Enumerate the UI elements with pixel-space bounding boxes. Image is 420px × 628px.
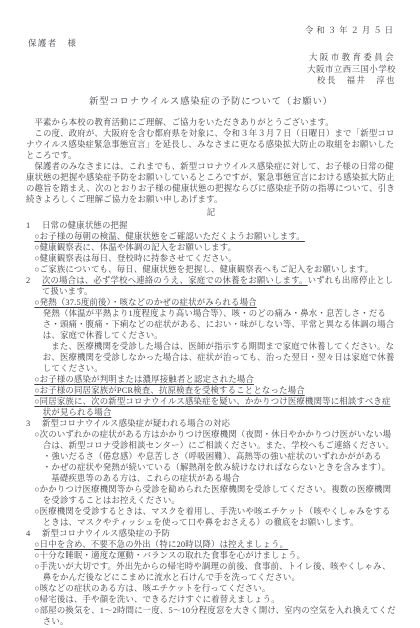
item-text: 十分な睡眠・適度な運動・バランスの取れた食事を心がけましょう。 <box>40 551 306 560</box>
list-item: ○お子様の同居家族がPCR検査、抗原検査を受検することとなった場合 <box>26 385 396 396</box>
sub-item: ・かぜの症状や発熱が続いている（解熱剤を飲み続けなければならないときを含みます）… <box>26 462 396 484</box>
item-text: お子様の毎朝の検温、健康状態をご確認いただくようお願いします。 <box>40 232 305 241</box>
record-mark: 記 <box>26 207 396 218</box>
list-item: ○同居家族に、次の新型コロナウイルス感染症を疑い、かかりつけ医療機関等に相談すべ… <box>26 396 396 418</box>
item-text: 同居家族に、次の新型コロナウイルス感染症を疑い、かかりつけ医療機関等に相談すべき… <box>40 397 391 417</box>
section-2-number: 2 <box>26 275 42 286</box>
section-3-title: 新型コロナウイルス感染症が疑われる場合の対応 <box>42 419 230 428</box>
item-text: 部屋の換気を、1～2時間に一度、5～10分程度窓を大きく開け、室内の空気を入れ換… <box>40 606 396 626</box>
list-item: ○健康観察表に、体温や体調の記入をお願いします。 <box>26 242 396 253</box>
list-item: ○帰宅後は、手や顔を洗い、できるだけすぐに着替えましょう。 <box>26 594 396 605</box>
sender-principal: 校長 福井 淳也 <box>26 75 396 87</box>
sender-block: 大阪市教育委員会 大阪市立西三国小学校 校長 福井 淳也 <box>26 52 396 87</box>
item-text: かかりつけ医療機関等から受診を勧められた医療機関を受診してください。複数の医療機… <box>40 485 392 505</box>
section-2-heading: 2次の場合は、必ず学校へ連絡のうえ、家庭での休養をお願いします。いずれも出席停止… <box>26 275 396 297</box>
item-text: 医療機関を受診するときは、マスクを着用し、手洗いや咳エチケット（咳やくしゃみをす… <box>40 507 391 527</box>
item-text: お子様の同居家族がPCR検査、抗原検査を受検することとなった場合 <box>40 386 305 395</box>
list-item: ○部屋の換気を、1～2時間に一度、5～10分程度窓を大きく開け、室内の空気を入れ… <box>26 605 396 627</box>
list-item: ○発熱（37.5度前後）・咳などのかぜの症状がみられる場合 <box>26 297 396 308</box>
item-text: 帰宅後は、手や顔を洗い、できるだけすぐに着替えましょう。 <box>40 595 280 604</box>
item-text: 健康観察表に、体温や体調の記入をお願いします。 <box>40 243 237 252</box>
section-1-number: 1 <box>26 220 42 231</box>
list-item: ○十分な睡眠・適度な運動・バランスの取れた食事を心がけましょう。 <box>26 550 396 561</box>
item-text: 発熱（37.5度前後）・咳などのかぜの症状がみられる場合 <box>40 298 257 307</box>
item-text: お子様の感染が判明または濃厚接触者と認定された場合 <box>40 375 254 384</box>
section-1-title: 日常の健康状態の把握 <box>42 221 128 230</box>
section-4-number: 4 <box>26 528 42 539</box>
recipient: 保護者 様 <box>28 38 396 49</box>
document-page: 令和３年２月５日 保護者 様 大阪市教育委員会 大阪市立西三国小学校 校長 福井… <box>0 0 420 628</box>
list-item: ○次のいずれかの症状がある方はかかりつけ医療機関（夜間・休日やかかりつけ医がいな… <box>26 429 396 451</box>
document-title: 新型コロナウイルス感染症の予防について（お願い） <box>26 96 396 107</box>
item-text: 手洗いが大切です。外出先からの帰宅時や調理の前後、食事前、トイレ後、咳やくしゃみ… <box>40 562 391 582</box>
item-body-paragraph: 発熱（体温が平熱より1度程度より高い場合等）、咳・のどの痛み・鼻水・息苦しさ・だ… <box>26 308 396 341</box>
intro-paragraph-3: 保護者のみなさまには、これまでも、新型コロナウイルス感染症に対して、お子様の日常… <box>26 161 396 205</box>
list-item: ○日中を含め、不要不急の外出（特に20時以降）は控えましょう。 <box>26 539 396 550</box>
list-item: ○かかりつけ医療機関等から受診を勧められた医療機関を受診してください。複数の医療… <box>26 484 396 506</box>
date-line: 令和３年２月５日 <box>26 25 396 36</box>
sender-org: 大阪市教育委員会 <box>26 52 396 64</box>
document-date: 令和３年２月５日 <box>305 26 396 35</box>
section-4-title: 新型コロナウイルス感染症の予防 <box>42 529 170 538</box>
sub-item-text: 強いだるさ（倦怠感）や息苦しさ（呼吸困難）、高熱等の強い症状のいずれかががある <box>51 452 381 461</box>
section-2-title-underlined: 次の場合は、必ず学校へ連絡のうえ、家庭での休養をお願いします。 <box>42 276 308 285</box>
item-text: 咳などの症状のある方は、咳エチケットを行ってください。 <box>40 584 271 593</box>
intro-paragraph-1: 平素から本校の教育活動にご理解、ご協力をいただきありがとうございます。 <box>26 117 396 128</box>
sender-school: 大阪市立西三国小学校 <box>26 64 396 76</box>
section-1-heading: 1日常の健康状態の把握 <box>26 220 396 231</box>
list-item: ○お子様の感染が判明または濃厚接触者と認定された場合 <box>26 374 396 385</box>
sub-item-text: かぜの症状や発熱が続いている（解熱剤を飲み続けなければならないときを含みます）。… <box>51 463 390 483</box>
item-text: 次のいずれかの症状がある方はかかりつけ医療機関（夜間・休日やかかりつけ医がいない… <box>40 430 394 450</box>
section-3-number: 3 <box>26 418 42 429</box>
item-text: 健康観察表は毎日、登校時に持参させてください。 <box>40 254 237 263</box>
sub-item: ・強いだるさ（倦怠感）や息苦しさ（呼吸困難）、高熱等の強い症状のいずれかががある <box>26 451 396 462</box>
list-item: ○ご家族についても、毎日、健康状態を把握し、健康観察表へもご記入をお願いします。 <box>26 264 396 275</box>
item-body-paragraph: また、医療機関を受診した場合は、医師が指示する期間まで家庭で休養してください。な… <box>26 341 396 374</box>
list-item: ○手洗いが大切です。外出先からの帰宅時や調理の前後、食事前、トイレ後、咳やくしゃ… <box>26 561 396 583</box>
section-4-heading: 4新型コロナウイルス感染症の予防 <box>26 528 396 539</box>
item-text: ご家族についても、毎日、健康状態を把握し、健康観察表へもご記入をお願いします。 <box>40 265 374 274</box>
intro-paragraph-2: この度、政府が、大阪府を含む都府県を対象に、令和３年３月７日（日曜日）まで「新型… <box>26 128 396 161</box>
list-item: ○医療機関を受診するときは、マスクを着用し、手洗いや咳エチケット（咳やくしゃみを… <box>26 506 396 528</box>
list-item: ○健康観察表は毎日、登校時に持参させてください。 <box>26 253 396 264</box>
list-item: ○お子様の毎朝の検温、健康状態をご確認いただくようお願いします。 <box>26 231 396 242</box>
item-text: 日中を含め、不要不急の外出（特に20時以降）は控えましょう。 <box>40 540 289 549</box>
section-3-heading: 3新型コロナウイルス感染症が疑われる場合の対応 <box>26 418 396 429</box>
list-item: ○咳などの症状のある方は、咳エチケットを行ってください。 <box>26 583 396 594</box>
